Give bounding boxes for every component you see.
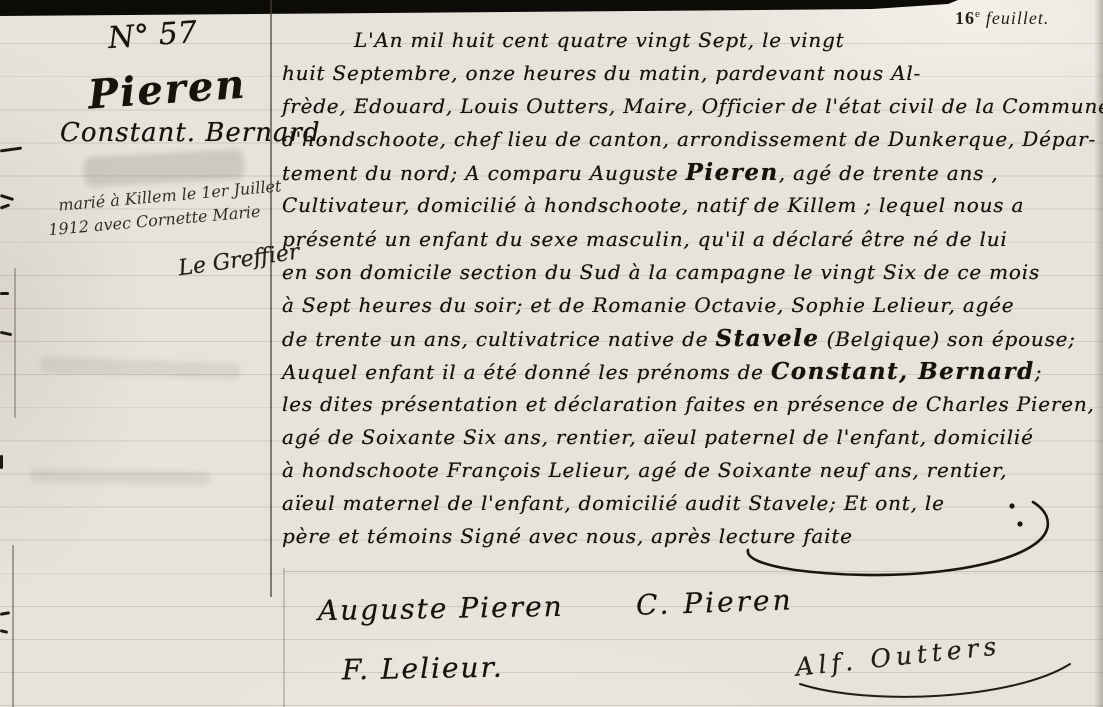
signature-maternal-grandfather: F. Lelieur. (342, 651, 504, 687)
emphasized-name: Pieren (686, 159, 779, 186)
body-text: présenté un enfant du sexe masculin, qu'… (282, 227, 1008, 251)
body-text: les dites présentation et déclaration fa… (282, 392, 1095, 416)
body-line: Auquel enfant il a été donné les prénoms… (282, 355, 1100, 388)
body-line: huit Septembre, onze heures du matin, pa… (282, 57, 1100, 90)
body-line: Cultivateur, domicilié à hondschoote, na… (282, 189, 1100, 222)
act-body: L'An mil huit cent quatre vingt Sept, le… (282, 24, 1100, 554)
margin-rule-line (270, 0, 272, 597)
body-text: à Sept heures du soir; et de Romanie Oct… (282, 293, 1014, 317)
folio-superscript: e (975, 8, 980, 20)
body-text: de trente un ans, cultivatrice native de (282, 327, 716, 351)
body-text: à hondschoote François Lelieur, agé de S… (282, 458, 1007, 482)
body-line: en son domicile section du Sud à la camp… (282, 256, 1100, 289)
body-line: tement du nord; A comparu Auguste Pieren… (282, 156, 1100, 189)
pencil-line-left-upper (14, 268, 16, 418)
body-text: ; (1035, 360, 1043, 384)
signature-father: Auguste Pieren (318, 590, 564, 627)
pencil-line-left (12, 545, 14, 707)
body-text: Cultivateur, domicilié à hondschoote, na… (282, 193, 1024, 217)
body-text: , agé de trente ans , (779, 161, 999, 185)
body-text: agé de Soixante Six ans, rentier, aïeul … (282, 425, 1034, 449)
body-text: (Belgique) son épouse; (820, 327, 1076, 351)
body-line: les dites présentation et déclaration fa… (282, 388, 1100, 421)
edge-ink-mark (0, 292, 9, 295)
act-number: N° 57 (107, 15, 198, 56)
body-text: en son domicile section du Sud à la camp… (282, 260, 1040, 284)
body-text: huit Septembre, onze heures du matin, pa… (282, 61, 921, 85)
body-line: à hondschoote François Lelieur, agé de S… (282, 454, 1100, 487)
body-line: agé de Soixante Six ans, rentier, aïeul … (282, 421, 1100, 454)
body-line: de trente un ans, cultivatrice native de… (282, 322, 1100, 355)
body-line: frède, Edouard, Louis Outters, Maire, Of… (282, 90, 1100, 123)
emphasized-name: Stavele (716, 325, 820, 352)
body-text: Auquel enfant il a été donné les prénoms… (282, 360, 771, 384)
body-line: L'An mil huit cent quatre vingt Sept, le… (282, 24, 1100, 57)
register-page-scan: 16efeuillet. N° 57 Pieren Constant. Bern… (0, 0, 1103, 707)
emphasized-name: Constant, Bernard (771, 358, 1035, 385)
edge-ink-mark (0, 455, 3, 469)
body-line: d'hondschoote, chef lieu de canton, arro… (282, 123, 1100, 156)
pencil-line-vertical-next-entry (283, 568, 285, 707)
signature-paternal-grandfather: C. Pieren (635, 583, 794, 621)
body-text: frède, Edouard, Louis Outters, Maire, Of… (282, 94, 1103, 118)
body-text: tement du nord; A comparu Auguste (282, 161, 686, 185)
body-line: à Sept heures du soir; et de Romanie Oct… (282, 289, 1100, 322)
body-text: L'An mil huit cent quatre vingt Sept, le… (354, 28, 845, 52)
closing-flourish (700, 492, 1100, 592)
body-line: présenté un enfant du sexe masculin, qu'… (282, 223, 1100, 256)
body-text: d'hondschoote, chef lieu de canton, arro… (282, 127, 1096, 151)
